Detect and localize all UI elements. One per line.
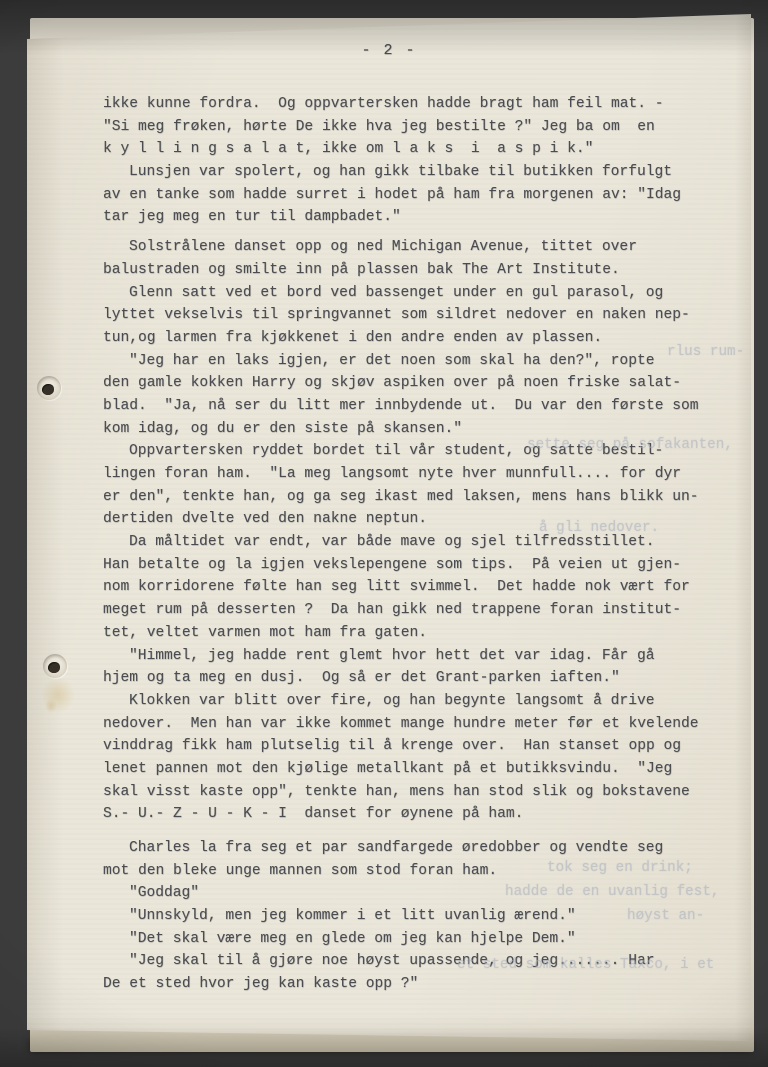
text-line: "Jeg skal til å gjøre noe høyst upassend… [103,950,745,973]
text-line: Lunsjen var spolert, og han gikk tilbake… [103,161,745,184]
punch-hole [43,654,67,678]
text-line: "Goddag" [103,882,745,905]
text-line: Charles la fra seg et par sandfargede ør… [103,837,745,860]
text-line: tar jeg meg en tur til dampbadet." [103,206,745,229]
photographed-manuscript: - 2 - ikke kunne fordra. Og oppvarterske… [0,0,768,1067]
text-line: den gamle kokken Harry og skjøv aspiken … [103,372,745,395]
text-line: De et sted hvor jeg kan kaste opp ?" [103,973,745,996]
text-line: meget rum på desserten ? Da han gikk ned… [103,599,745,622]
text-line: Oppvartersken ryddet bordet til vår stud… [103,440,745,463]
text-line: Glenn satt ved et bord ved bassenget und… [103,282,745,305]
text-line: lyttet vekselvis til springvannet som si… [103,304,745,327]
typewritten-text: ikke kunne fordra. Og oppvartersken hadd… [103,93,745,996]
text-line: kom idag, og du er den siste på skansen.… [103,418,745,441]
text-line: skal visst kaste opp", tenkte han, mens … [103,781,745,804]
page-number: - 2 - [27,42,751,59]
text-line: er den", tenkte han, og ga seg ikast med… [103,486,745,509]
text-line: av en tanke som hadde surret i hodet på … [103,184,745,207]
text-line: "Det skal være meg en glede om jeg kan h… [103,928,745,951]
text-line: tun,og larmen fra kjøkkenet i den andre … [103,327,745,350]
text-line: tet, veltet varmen mot ham fra gaten. [103,622,745,645]
manuscript-page: - 2 - ikke kunne fordra. Og oppvarterske… [27,13,751,1044]
text-line: nom korridorene følte han seg litt svimm… [103,576,745,599]
text-line: "Si meg frøken, hørte De ikke hva jeg be… [103,116,745,139]
text-line: ikke kunne fordra. Og oppvartersken hadd… [103,93,745,116]
text-line: S.- U.- Z - U - K - I danset for øynene … [103,803,745,826]
text-line: "Himmel, jeg hadde rent glemt hvor hett … [103,645,745,668]
text-line: "Unnskyld, men jeg kommer i et litt uvan… [103,905,745,928]
text-line: lenet pannen mot den kjølige metallkant … [103,758,745,781]
text-line: k y l l i n g s a l a t, ikke om l a k s… [103,138,745,161]
text-line: Solstrålene danset opp og ned Michigan A… [103,236,745,259]
text-line: vinddrag fikk ham plutselig til å krenge… [103,735,745,758]
stain [45,699,57,713]
stain [41,677,75,713]
text-line: mot den bleke unge mannen som stod foran… [103,860,745,883]
text-line: balustraden og smilte inn på plassen bak… [103,259,745,282]
text-line: "Jeg har en laks igjen, er det noen som … [103,350,745,373]
punch-hole [37,376,61,400]
text-line: Klokken var blitt over fire, og han begy… [103,690,745,713]
text-line: nedover. Men han var ikke kommet mange h… [103,713,745,736]
text-line: blad. "Ja, nå ser du litt mer innbydende… [103,395,745,418]
text-line: Han betalte og la igjen vekslepengene so… [103,554,745,577]
text-line: Da måltidet var endt, var både mave og s… [103,531,745,554]
text-line: dertiden dvelte ved den nakne neptun. [103,508,745,531]
text-line: lingen foran ham. "La meg langsomt nyte … [103,463,745,486]
text-line: hjem og ta meg en dusj. Og så er det Gra… [103,667,745,690]
